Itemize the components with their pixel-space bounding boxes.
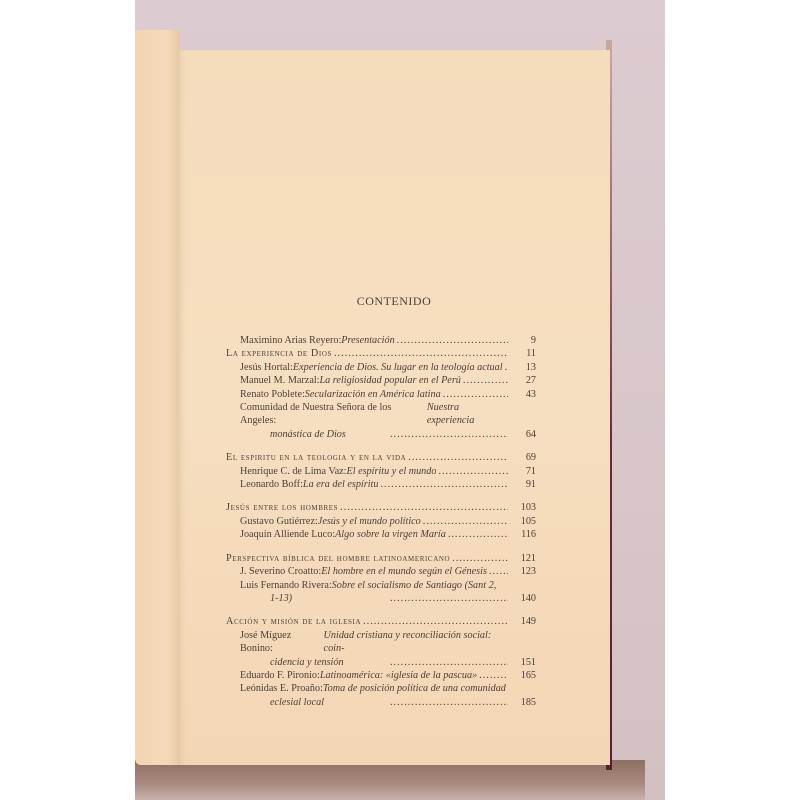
entry-author: Gustavo Gutiérrez: <box>240 515 318 528</box>
toc-group: El espiritu en la teologia y en la vida6… <box>226 451 536 491</box>
entry-author: Leonardo Boff: <box>240 478 303 491</box>
entry-title: Presentación <box>341 334 394 347</box>
entry-author: Leónidas E. Proaño: <box>240 682 323 695</box>
section-heading: La experiencia de Dios <box>226 347 332 360</box>
toc-entry: Henrique C. de Lima Vaz: El espíritu y e… <box>226 465 536 478</box>
toc-entry: Leónidas E. Proaño: Toma de posición pol… <box>226 682 536 695</box>
book-page: CONTENIDO Maximino Arias Reyero: Present… <box>178 50 610 765</box>
toc-section: El espiritu en la teologia y en la vida6… <box>226 451 536 464</box>
entry-title: La religiosidad popular en el Perú <box>320 374 461 387</box>
entry-title: El espíritu y el mundo <box>346 465 436 478</box>
left-page-edge <box>135 30 180 765</box>
page-number: 11 <box>508 347 536 360</box>
entry-title: Toma de posición política de una comunid… <box>323 682 506 695</box>
toc-entry: Eduardo F. Pironio: Latinoamérica: «igle… <box>226 669 536 682</box>
toc-group: Perspectiva bíblica del hombre latinoame… <box>226 552 536 606</box>
toc-entry: Joaquín Alliende Luco: Algo sobre la vir… <box>226 528 536 541</box>
entry-author: Henrique C. de Lima Vaz: <box>240 465 346 478</box>
toc-section: La experiencia de Dios11 <box>226 347 536 360</box>
entry-title: Experiencia de Dios. Su lugar en la teol… <box>293 361 503 374</box>
entry-title: Unidad cristiana y reconciliación social… <box>324 629 508 656</box>
book-shadow <box>135 760 645 800</box>
entry-title: Algo sobre la virgen María <box>335 528 446 541</box>
leader-dots <box>408 451 508 464</box>
entry-title-continued: cidencia y tensión <box>270 656 344 669</box>
page-number: 27 <box>508 374 536 387</box>
entry-title-continued: 1-13) <box>270 592 292 605</box>
toc-entry: Leonardo Boff: La era del espíritu91 <box>226 478 536 491</box>
toc-entry-continuation: eclesial local185 <box>226 696 536 709</box>
toc-entry: J. Severino Croatto: El hombre en el mun… <box>226 565 536 578</box>
page-number: 151 <box>508 656 536 669</box>
page-number: 116 <box>508 528 536 541</box>
toc-section: Jesús entre los hombres103 <box>226 501 536 514</box>
toc-entry: Comunidad de Nuestra Señora de los Angel… <box>226 401 536 428</box>
page-number: 9 <box>508 334 536 347</box>
toc-entry-continuation: 1-13)140 <box>226 592 536 605</box>
leader-dots <box>489 565 508 578</box>
page-number: 91 <box>508 478 536 491</box>
section-heading: Perspectiva bíblica del hombre latinoame… <box>226 552 450 565</box>
entry-author: José Míguez Bonino: <box>240 629 324 656</box>
entry-title: Secularización en América latina <box>305 388 441 401</box>
page-number: 105 <box>508 515 536 528</box>
page-number: 165 <box>508 669 536 682</box>
entry-author: Eduardo F. Pironio: <box>240 669 320 682</box>
page-number: 69 <box>508 451 536 464</box>
entry-author: Luis Fernando Rivera: <box>240 579 332 592</box>
leader-dots <box>452 552 508 565</box>
leader-dots <box>390 656 508 669</box>
toc-entry: Manuel M. Marzal: La religiosidad popula… <box>226 374 536 387</box>
page-number: 43 <box>508 388 536 401</box>
entry-author: Jesús Hortal: <box>240 361 293 374</box>
page-number: 103 <box>508 501 536 514</box>
page-number: 13 <box>508 361 536 374</box>
leader-dots <box>463 374 508 387</box>
toc-section: Perspectiva bíblica del hombre latinoame… <box>226 552 536 565</box>
entry-author: Maximino Arias Reyero: <box>240 334 341 347</box>
entry-title: Sobre el socialismo de Santiago (Sant 2, <box>332 579 497 592</box>
toc-group: Jesús entre los hombres103Gustavo Gutiér… <box>226 501 536 541</box>
entry-title: Latinoamérica: «iglesia de la pascua» <box>320 669 477 682</box>
page-number: 123 <box>508 565 536 578</box>
entry-author: Joaquín Alliende Luco: <box>240 528 335 541</box>
entry-title: Jesús y el mundo político <box>318 515 421 528</box>
entry-title: La era del espíritu <box>303 478 379 491</box>
entry-title: Nuestra experiencia <box>427 401 508 428</box>
entry-author: J. Severino Croatto: <box>240 565 321 578</box>
leader-dots <box>448 528 508 541</box>
leader-dots <box>390 428 508 441</box>
section-heading: Acción y misión de la iglesia <box>226 615 361 628</box>
leader-dots <box>438 465 508 478</box>
table-of-contents: Maximino Arias Reyero: Presentación9La e… <box>226 334 536 719</box>
page-number: 71 <box>508 465 536 478</box>
toc-entry: Maximino Arias Reyero: Presentación9 <box>226 334 536 347</box>
entry-title-continued: eclesial local <box>270 696 324 709</box>
toc-entry: Luis Fernando Rivera: Sobre el socialism… <box>226 579 536 592</box>
toc-group: Maximino Arias Reyero: Presentación9La e… <box>226 334 536 441</box>
section-heading: Jesús entre los hombres <box>226 501 338 514</box>
toc-entry: Renato Poblete: Secularización en Améric… <box>226 388 536 401</box>
leader-dots <box>390 696 508 709</box>
entry-author: Manuel M. Marzal: <box>240 374 320 387</box>
page-number: 121 <box>508 552 536 565</box>
toc-entry-continuation: monástica de Dios64 <box>226 428 536 441</box>
leader-dots <box>380 478 508 491</box>
entry-title: El hombre en el mundo según el Génesis <box>321 565 487 578</box>
toc-section: Acción y misión de la iglesia149 <box>226 615 536 628</box>
leader-dots <box>443 388 508 401</box>
section-heading: El espiritu en la teologia y en la vida <box>226 451 406 464</box>
toc-entry: Gustavo Gutiérrez: Jesús y el mundo polí… <box>226 515 536 528</box>
leader-dots <box>334 347 508 360</box>
entry-title-continued: monástica de Dios <box>270 428 346 441</box>
leader-dots <box>479 669 508 682</box>
page-number: 149 <box>508 615 536 628</box>
toc-entry: José Míguez Bonino: Unidad cristiana y r… <box>226 629 536 656</box>
leader-dots <box>363 615 508 628</box>
toc-entry-continuation: cidencia y tensión151 <box>226 656 536 669</box>
page-number: 64 <box>508 428 536 441</box>
leader-dots <box>390 592 508 605</box>
entry-author: Comunidad de Nuestra Señora de los Angel… <box>240 401 427 428</box>
toc-group: Acción y misión de la iglesia149José Míg… <box>226 615 536 709</box>
leader-dots <box>340 501 508 514</box>
entry-author: Renato Poblete: <box>240 388 305 401</box>
page-number: 185 <box>508 696 536 709</box>
page-number: 140 <box>508 592 536 605</box>
leader-dots <box>423 515 508 528</box>
page-title: CONTENIDO <box>178 294 610 309</box>
toc-entry: Jesús Hortal: Experiencia de Dios. Su lu… <box>226 361 536 374</box>
leader-dots <box>397 334 508 347</box>
